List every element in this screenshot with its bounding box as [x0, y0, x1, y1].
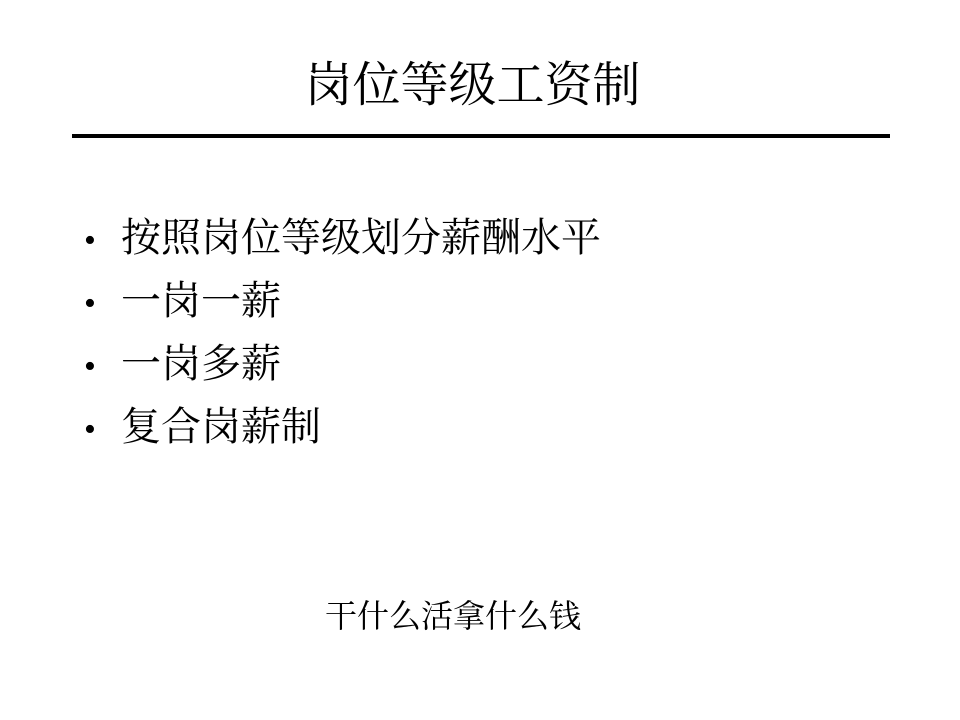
bullet-dot: •: [84, 209, 121, 272]
list-item: • 按照岗位等级划分薪酬水平: [84, 206, 601, 269]
bullet-text: 一岗一薪: [121, 269, 281, 332]
bullet-list: • 按照岗位等级划分薪酬水平 • 一岗一薪 • 一岗多薪 • 复合岗薪制: [84, 206, 601, 458]
bullet-text: 复合岗薪制: [121, 395, 321, 458]
footer-caption: 干什么活拿什么钱: [0, 595, 906, 637]
slide-title: 岗位等级工资制: [0, 56, 945, 116]
bullet-text: 按照岗位等级划分薪酬水平: [121, 206, 601, 269]
list-item: • 一岗一薪: [84, 269, 601, 332]
presentation-slide: 岗位等级工资制 • 按照岗位等级划分薪酬水平 • 一岗一薪 • 一岗多薪 • 复…: [0, 0, 960, 720]
bullet-dot: •: [84, 335, 121, 398]
bullet-dot: •: [84, 272, 121, 335]
list-item: • 复合岗薪制: [84, 395, 601, 458]
list-item: • 一岗多薪: [84, 332, 601, 395]
bullet-dot: •: [84, 398, 121, 461]
bullet-text: 一岗多薪: [121, 332, 281, 395]
title-underline-rule: [72, 134, 890, 138]
